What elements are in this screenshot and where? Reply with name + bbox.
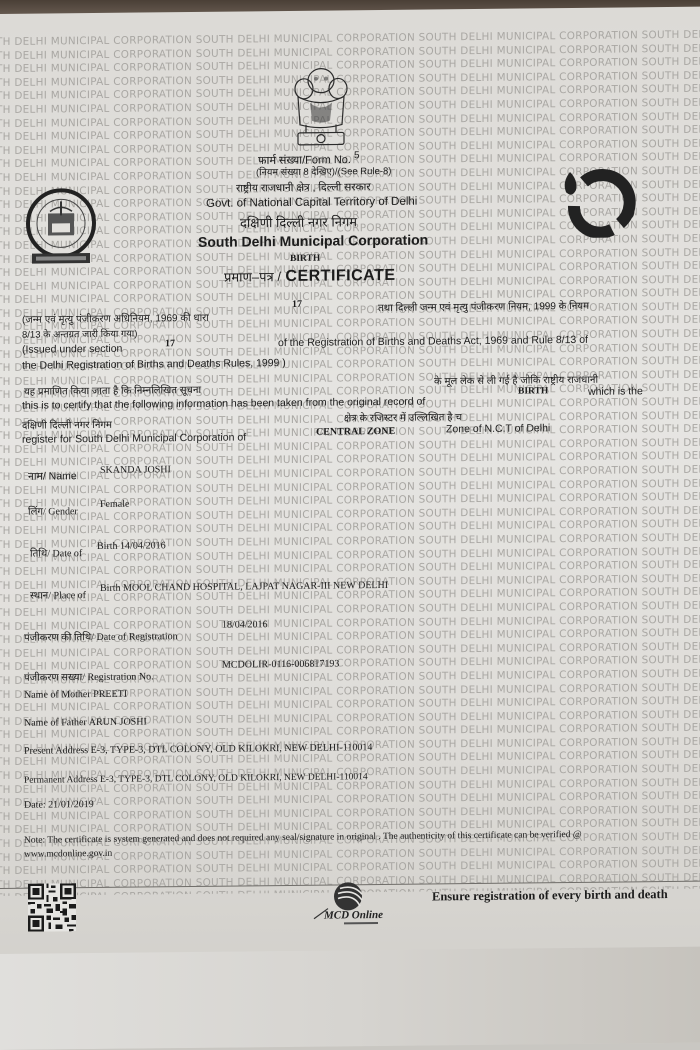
blank-paper-area (0, 947, 700, 1050)
certificate-title-english: CERTIFICATE (285, 267, 395, 285)
father-value: ARUN JOSHI (89, 716, 147, 728)
rule-reference: (नियम संख्या 8 देखिए)/(See Rule-8) (256, 164, 391, 178)
certificate-title: प्रमाण–पत्र / CERTIFICATE (224, 266, 396, 287)
record-type: BIRTH (518, 386, 548, 396)
govt-name-english: Govt. of National Capital Territory of D… (206, 196, 417, 210)
preamble-hindi-line1b: तथा दिल्ली जन्म एवं मृत्यु पंजीकरण नियम,… (378, 298, 589, 314)
mcd-online-logo-icon: MCD Online (310, 878, 390, 931)
pob-label: स्थान/ Place of (30, 587, 86, 602)
dob-value: Birth 14/04/2016 (97, 540, 166, 552)
permanent-address: Permanent Address E-3, TYPE-3, DTL COLON… (24, 772, 368, 786)
permanent-address-value: E-3, TYPE-3, DTL COLONY, OLD KILOKRI, NE… (100, 772, 368, 785)
preamble-hindi-line1: (जन्म एवं मृत्यु पंजीकरण अधिनियम, 1969 क… (22, 310, 209, 326)
mother-name: Name of Mother PREETI (24, 689, 127, 701)
sdmc-swirl-logo-icon (556, 165, 638, 238)
register-english-b: Zone of N.C.T of Delhi (446, 422, 550, 435)
registration-date-label: पंजीकरण की तिथि/ Date of Registration (24, 628, 178, 644)
qr-code-icon (28, 883, 76, 932)
verification-note: Note: The certificate is system generate… (24, 830, 582, 846)
present-address-value: E-3, TYPE-3, DTL COLONY, OLD KILOKRI, NE… (91, 742, 373, 756)
name-label: नाम/ Name (28, 469, 77, 484)
registration-slogan: Ensure registration of every birth and d… (432, 887, 668, 904)
certify-english-b: which is the (588, 385, 643, 398)
certificate-title-hindi: प्रमाण–पत्र / (224, 269, 281, 285)
register-hindi-a: दक्षिणी दिल्ली नगर निगम (22, 417, 112, 432)
certificate-type: BIRTH (290, 254, 320, 264)
permanent-address-label: Permanent Address (24, 775, 98, 786)
gender-label: लिंग/ Gender (28, 503, 78, 518)
preamble-english-line4: the Delhi Registration of Births and Dea… (22, 357, 286, 372)
certificate-paper: TH DELHI MUNICIPAL CORPORATION SOUTH DEL… (0, 7, 700, 1050)
registration-number-label: पंजीकरण सख्या/ Registration No. (24, 668, 154, 683)
preamble-english-line3: (Issued under section (22, 343, 122, 356)
sdmc-seal-icon (22, 187, 100, 270)
zone-name: CENTRAL ZONE (316, 426, 395, 438)
father-label: Name of Father (24, 717, 87, 729)
issue-date: Date: 21/01/2019 (24, 799, 94, 811)
pob-value: Birth MOOL CHAND HOSPITAL, LAJPAT NAGAR-… (100, 580, 388, 594)
present-address-label: Present Address (24, 745, 88, 757)
govt-name-hindi: राष्ट्रीय राजधानी क्षेत्र , दिल्ली सरकार (236, 180, 371, 195)
preamble-hindi-line2: 8/13 के अन्तग्रत जारी किया गया) (22, 327, 137, 341)
mother-value: PREETI (93, 689, 127, 700)
svg-text:MCD Online: MCD Online (323, 909, 383, 922)
preamble-english-line3b: of the Registration of Births and Deaths… (278, 334, 588, 349)
name-value: SKANDA JOSHI (100, 464, 171, 476)
national-emblem-icon (290, 62, 352, 149)
registration-number-value: MCDOLIR-0116-006817193 (222, 658, 339, 670)
form-number-value: 5 (354, 150, 360, 161)
corporation-name-english: South Delhi Municipal Corporation (198, 232, 428, 250)
present-address: Present Address E-3, TYPE-3, DTL COLONY,… (24, 742, 372, 757)
section-number-1: 17 (292, 299, 302, 310)
father-name: Name of Father ARUN JOSHI (24, 716, 147, 728)
dob-label: तिथि/ Date of (30, 545, 82, 560)
section-number-2: 17 (165, 338, 175, 349)
verification-website-link[interactable]: www.mcdonline.gov.in (24, 849, 112, 860)
register-english-a: register for South Delhi Municipal Corpo… (22, 431, 246, 445)
register-hindi-b: क्षेत्र के रजिस्टर में उल्लिखित है च (344, 409, 462, 424)
corporation-name-hindi: दक्षिणी दिल्ली नगर निगम (240, 212, 357, 231)
registration-date-value: 18/04/2016 (222, 619, 268, 630)
gender-value: Female (100, 499, 129, 510)
certify-hindi-b: के मूल लेक से ली गई है जोकि राष्ट्रीय रा… (434, 372, 598, 388)
certify-hindi-a: यह प्रमाणित किया जाता है कि निम्नलिखित स… (24, 382, 201, 398)
mother-label: Name of Mother (24, 689, 91, 701)
